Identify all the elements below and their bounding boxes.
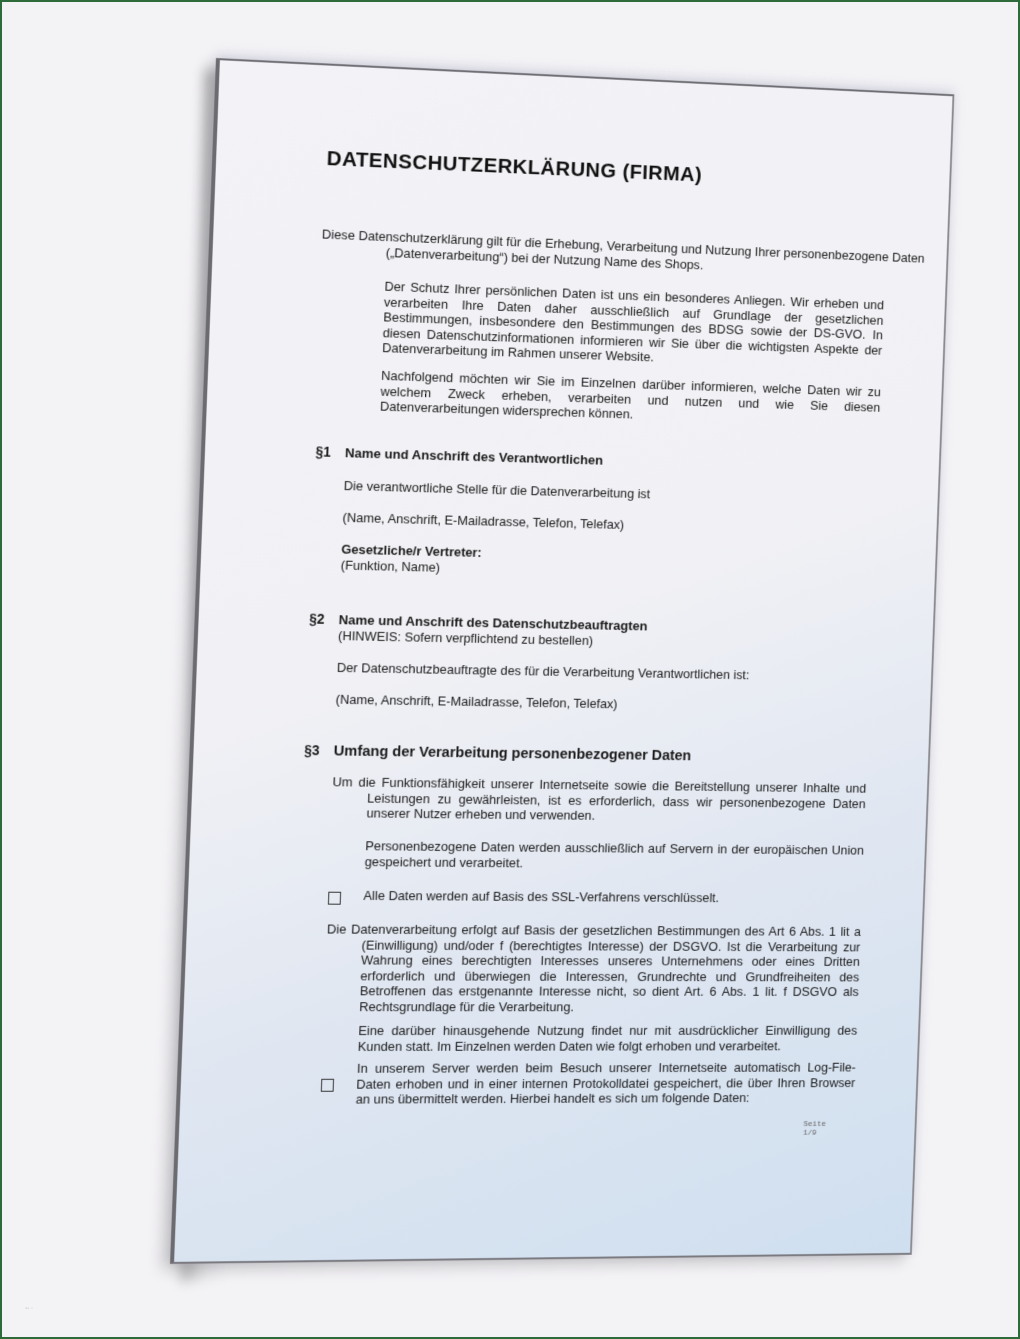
section-2-text: Der Datenschutzbeauftragte des für die V…	[337, 660, 750, 683]
section-3-paragraph-3: Die Datenverarbeitung erfolgt auf Basis …	[324, 922, 861, 1015]
page-number: Seite 1/9	[803, 1120, 804, 1137]
section-2-number: §2	[309, 611, 325, 627]
intro-paragraph-2: Der Schutz Ihrer persönlichen Daten ist …	[382, 279, 884, 373]
section-3-paragraph-4: Eine darüber hinausgehende Nutzung finde…	[357, 1023, 857, 1054]
ssl-checkbox-label: Alle Daten werden auf Basis des SSL-Verf…	[363, 888, 862, 906]
section-1-number: §1	[315, 443, 331, 459]
logfile-checkbox-label: In unserem Server werden beim Besuch uns…	[355, 1060, 856, 1107]
section-2-placeholder: (Name, Anschrift, E-Mailadrasse, Telefon…	[335, 692, 617, 712]
section-3: §3 Umfang der Verarbeitung personenbezog…	[328, 66, 899, 94]
section-3-paragraph-2: Personenbezogene Daten werden ausschließ…	[364, 838, 864, 873]
document-title: DATENSCHUTZERKLÄRUNG (FIRMA)	[326, 147, 702, 187]
section-1-text: Die verantwortliche Stelle für die Daten…	[343, 478, 650, 502]
logfile-checkbox[interactable]	[321, 1079, 334, 1092]
section-1-title: Name und Anschrift des Verantwortlichen	[345, 445, 604, 467]
document-page: DATENSCHUTZERKLÄRUNG (FIRMA) Diese Daten…	[170, 58, 954, 1264]
section-1-placeholder: (Name, Anschrift, E-Mailadrasse, Telefon…	[342, 510, 624, 533]
section-1: §1 Name und Anschrift des Verantwortlich…	[328, 66, 899, 94]
section-3-title: Umfang der Verarbeitung personenbezogene…	[333, 742, 691, 764]
intro-paragraph-3: Nachfolgend möchten wir Sie im Einzelnen…	[380, 368, 881, 430]
ssl-checkbox[interactable]	[328, 892, 341, 905]
watermark: ▪▪ ▫	[25, 1306, 33, 1312]
section-1-representative-value: (Funktion, Name)	[340, 558, 440, 576]
section-2: §2 Name und Anschrift des Datenschutzbea…	[328, 66, 899, 94]
page-content: DATENSCHUTZERKLÄRUNG (FIRMA) Diese Daten…	[328, 66, 899, 94]
intro-paragraph-1: Diese Datenschutzerklärung gilt für die …	[321, 227, 947, 282]
section-3-number: §3	[304, 742, 320, 758]
section-3-paragraph-1: Um die Funktionsfähigkeit unserer Intern…	[331, 774, 866, 826]
